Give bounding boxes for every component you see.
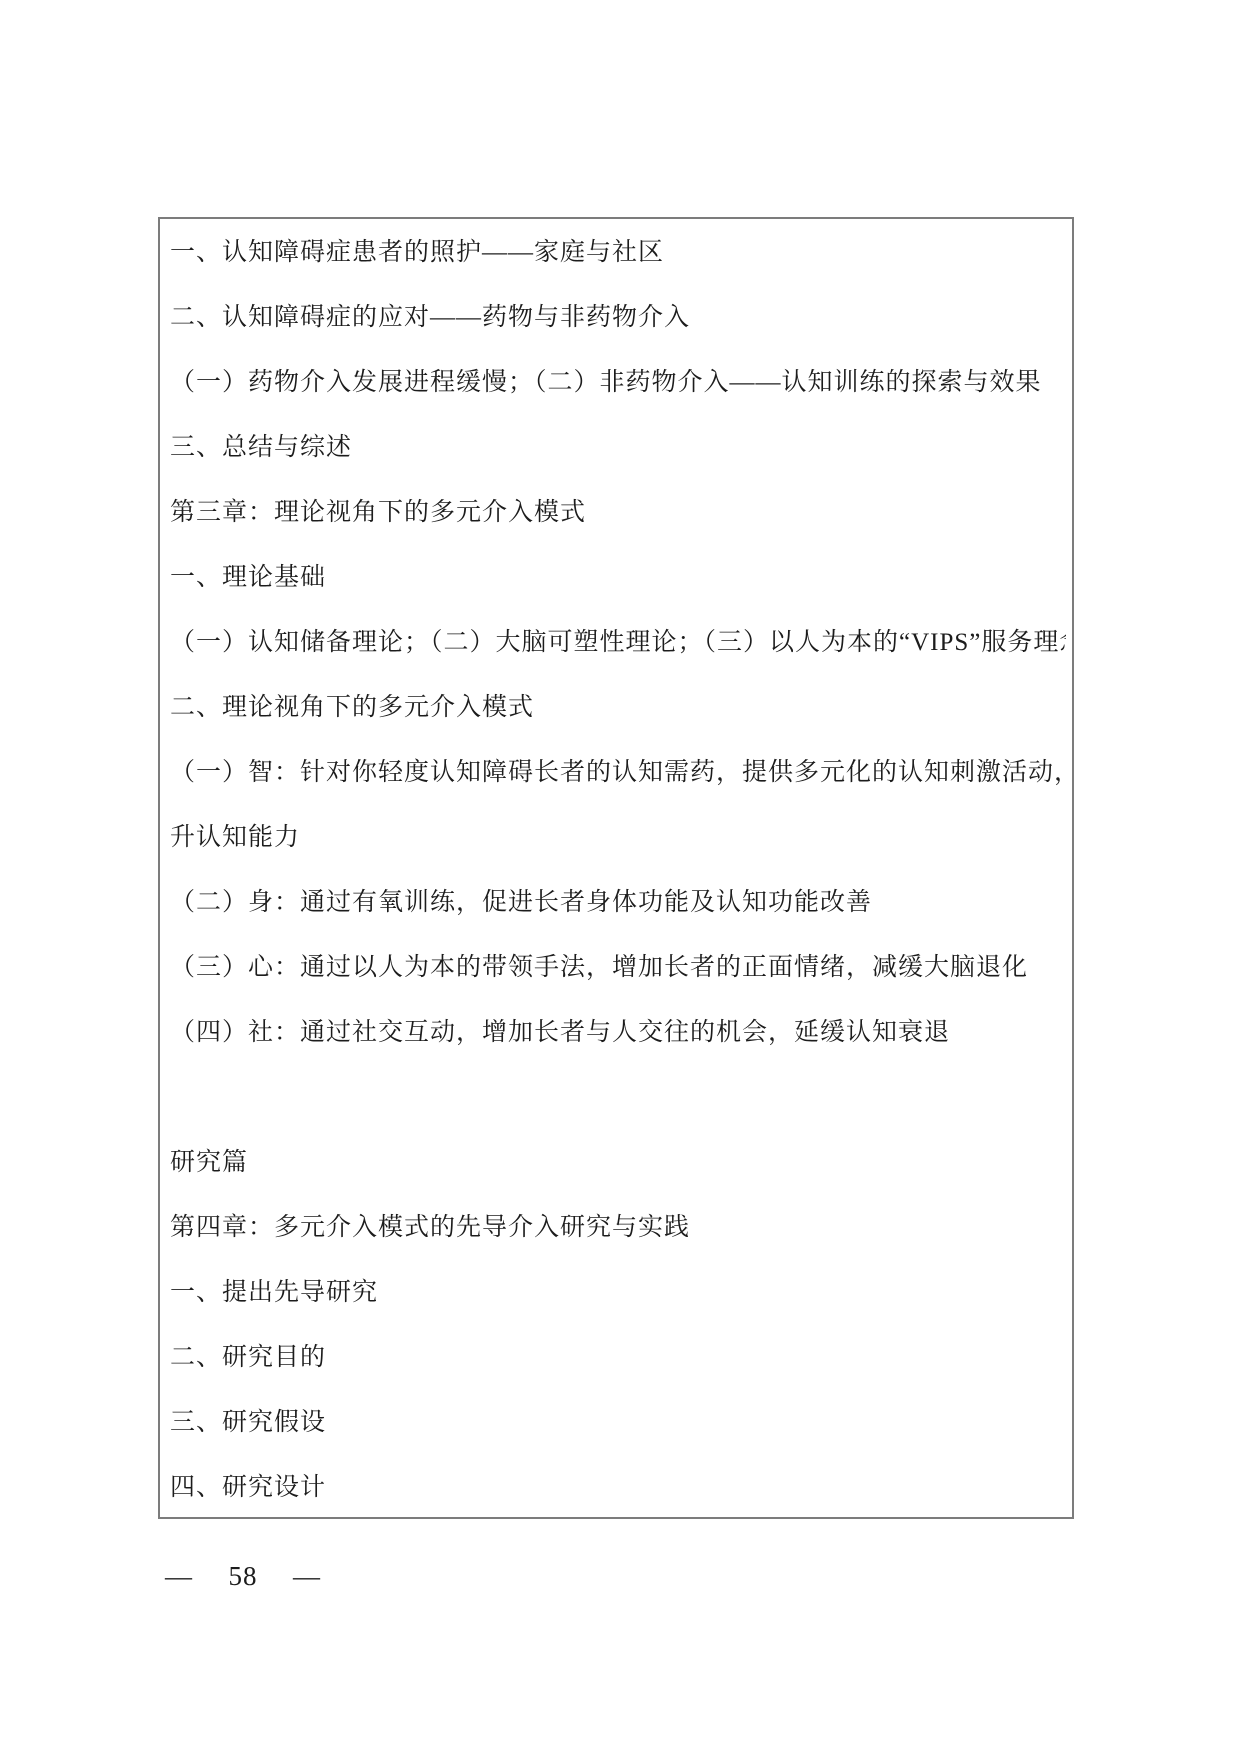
toc-line: 二、研究目的 [170, 1325, 1066, 1390]
toc-line: 四、研究设计 [170, 1455, 1066, 1519]
toc-line: 一、提出先导研究 [170, 1260, 1066, 1325]
toc-line: 一、理论基础 [170, 545, 1066, 610]
toc-blank-line [170, 1065, 1066, 1130]
toc-line: （二）身：通过有氧训练，促进长者身体功能及认知功能改善 [170, 870, 1066, 935]
content-border-box: 一、认知障碍症患者的照护——家庭与社区 二、认知障碍症的应对——药物与非药物介入… [158, 217, 1074, 1519]
toc-line: （三）心：通过以人为本的带领手法，增加长者的正面情绪，减缓大脑退化 [170, 935, 1066, 1000]
page-number: — 58 — [165, 1556, 321, 1596]
toc-line: 研究篇 [170, 1130, 1066, 1195]
toc-line: 二、理论视角下的多元介入模式 [170, 675, 1066, 740]
toc-line: （一）认知储备理论；（二）大脑可塑性理论；（三）以人为本的“VIPS”服务理念 [170, 610, 1066, 675]
toc-line: （一）药物介入发展进程缓慢；（二）非药物介入——认知训练的探索与效果 [170, 350, 1066, 415]
document-page: 一、认知障碍症患者的照护——家庭与社区 二、认知障碍症的应对——药物与非药物介入… [0, 0, 1239, 1753]
toc-line: 二、认知障碍症的应对——药物与非药物介入 [170, 285, 1066, 350]
toc-line: 第三章：理论视角下的多元介入模式 [170, 480, 1066, 545]
toc-line: 第四章：多元介入模式的先导介入研究与实践 [170, 1195, 1066, 1260]
toc-line: （四）社：通过社交互动，增加长者与人交往的机会，延缓认知衰退 [170, 1000, 1066, 1065]
toc-line: 三、研究假设 [170, 1390, 1066, 1455]
toc-line: （一）智：针对你轻度认知障碍长者的认知需药，提供多元化的认知刺激活动，提 [170, 740, 1066, 805]
toc-line: 一、认知障碍症患者的照护——家庭与社区 [170, 220, 1066, 285]
toc-line: 升认知能力 [170, 805, 1066, 870]
toc-line: 三、总结与综述 [170, 415, 1066, 480]
